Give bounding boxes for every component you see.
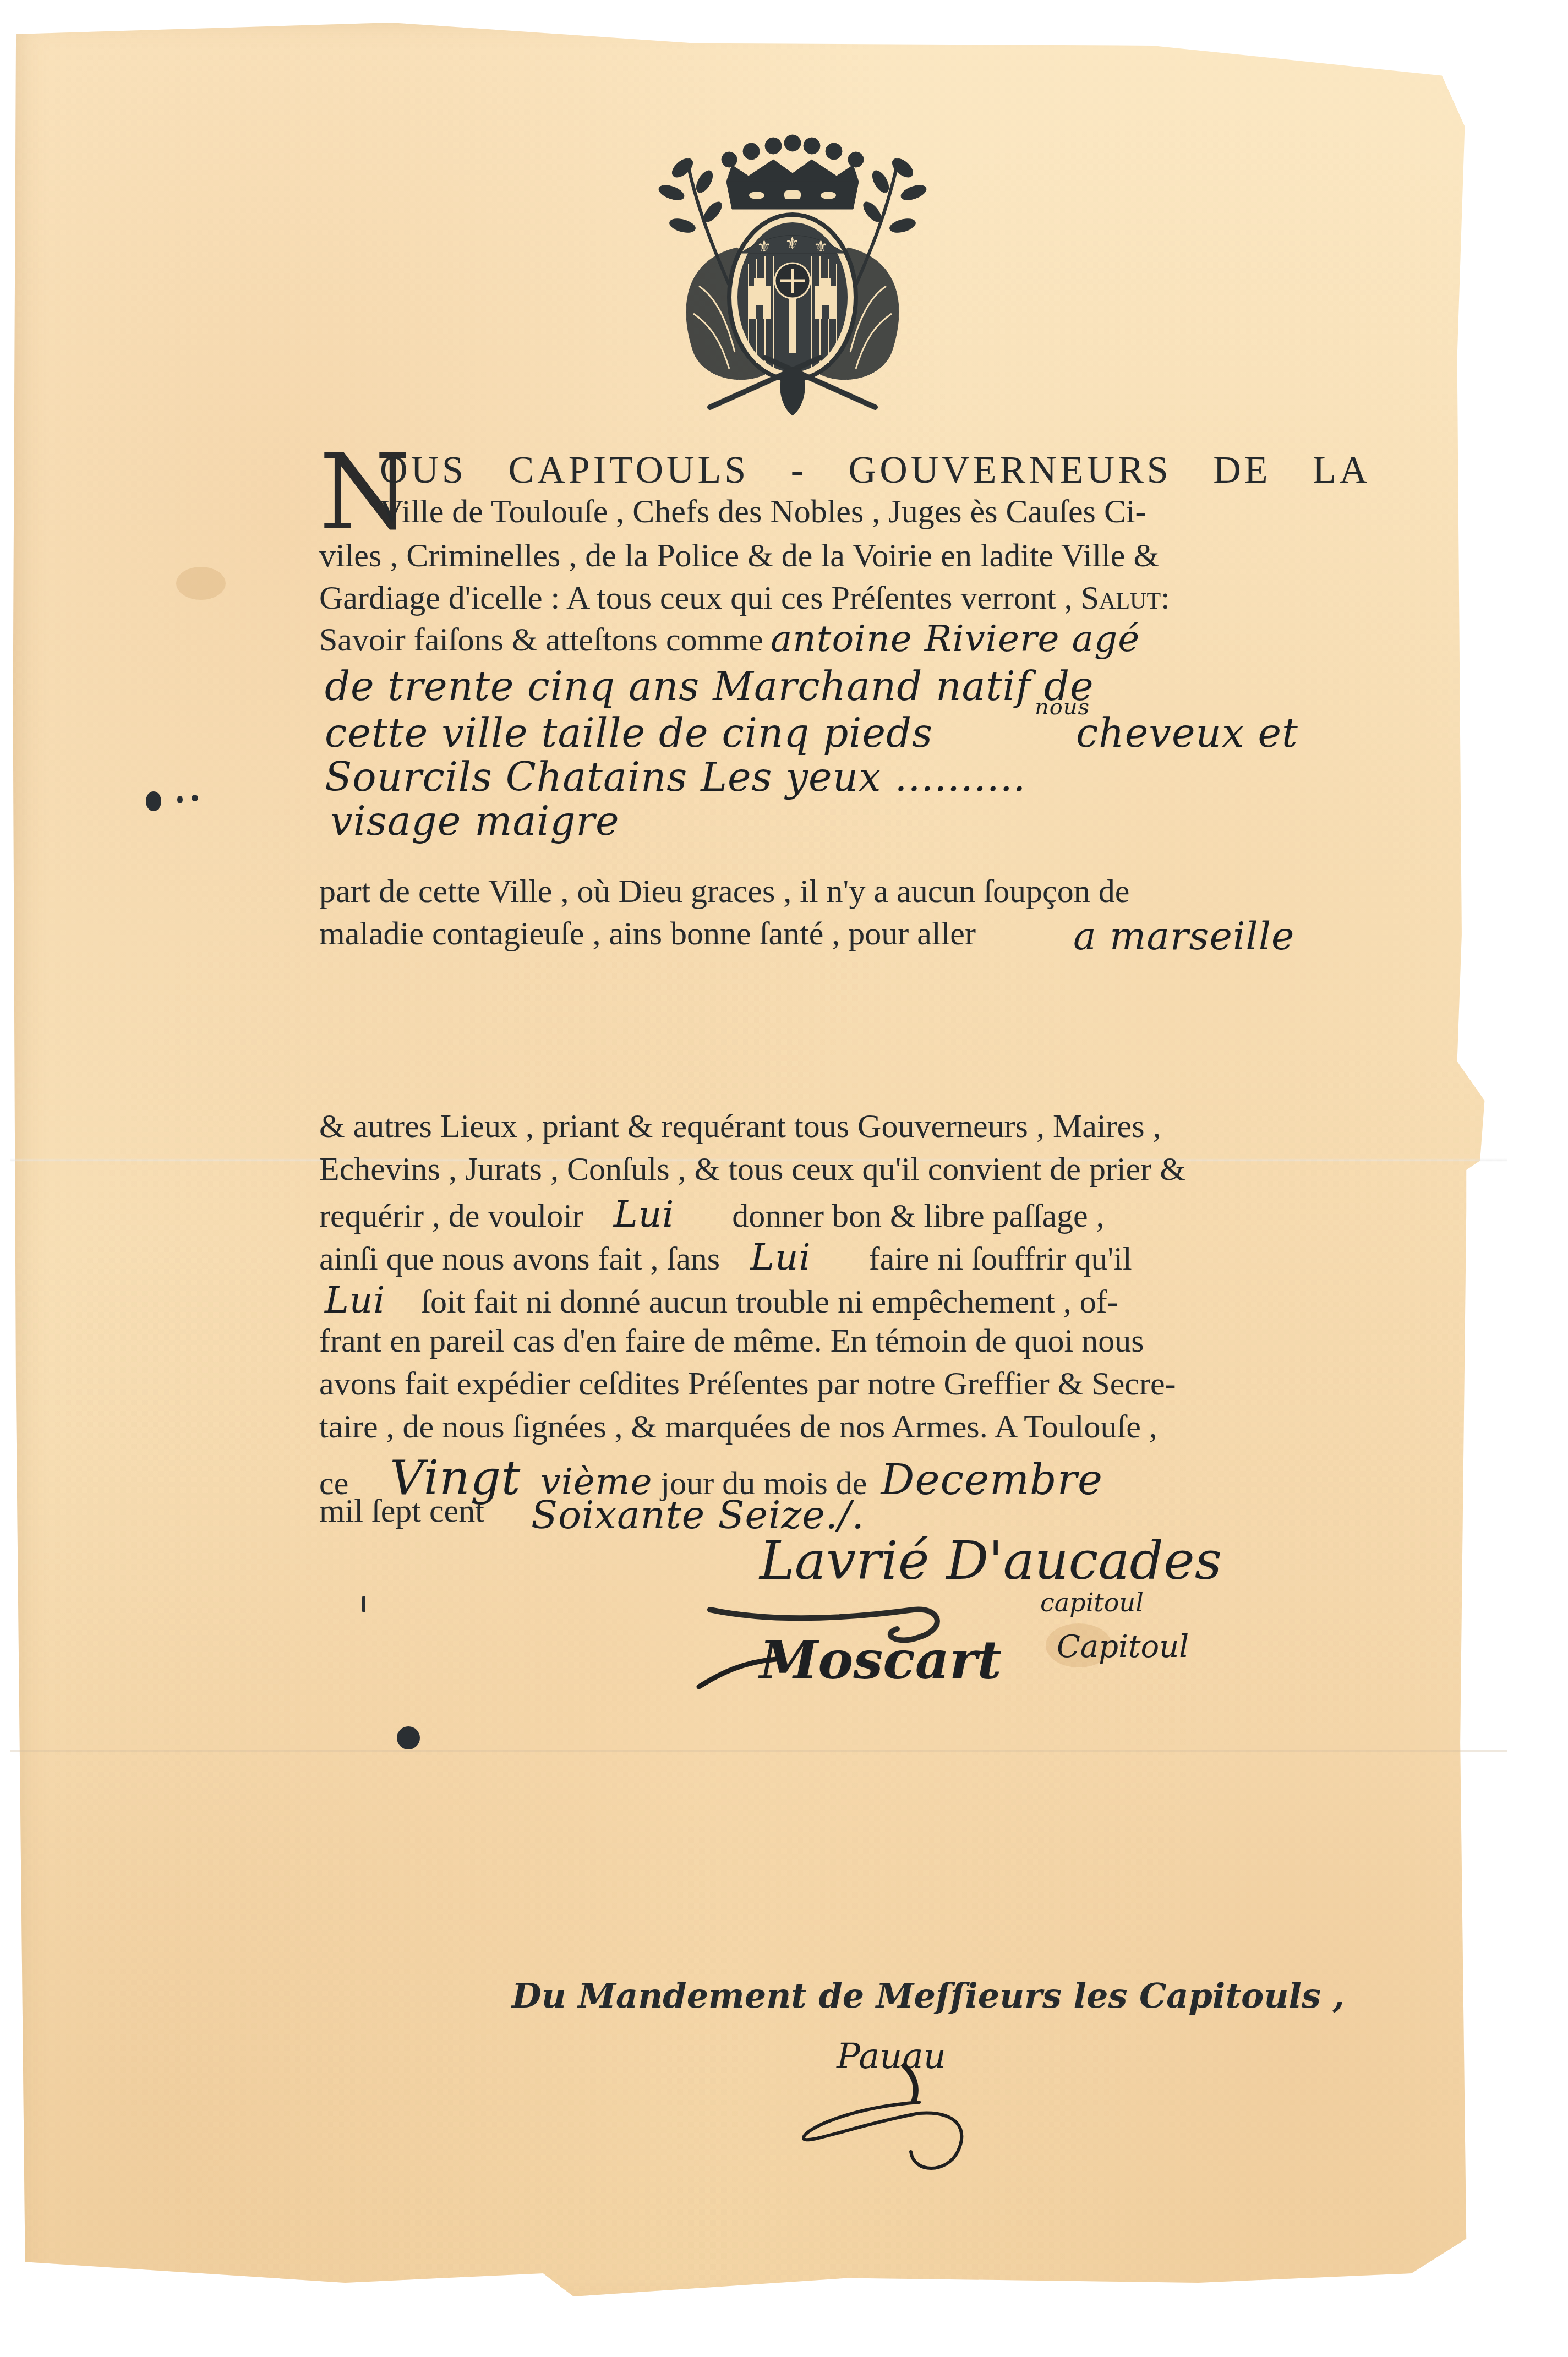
request-line-2: Echevins , Jurats , Conſuls , & tous ceu…: [319, 1150, 1185, 1188]
request-line-3b: donner bon & libre paſſage ,: [732, 1197, 1104, 1234]
bearer-face-handwritten: visage maigre: [330, 798, 620, 844]
year-printed: mil ſept cent: [319, 1492, 484, 1529]
month-handwritten: Decembre: [881, 1455, 1102, 1504]
health-line-1: part de cette Ville , où Dieu graces , i…: [319, 872, 1129, 910]
request-line-6: frant en pareil cas d'en faire de même. …: [319, 1322, 1144, 1360]
bearer-age-occupation-handwritten: de trente cinq ans Marchand natif de: [325, 663, 1094, 709]
signature-capitoul-2: Moscart: [760, 1629, 1002, 1691]
salut-word: Salut:: [1081, 579, 1170, 616]
preamble-line-1: Ville de Toulouſe , Chefs des Nobles , J…: [380, 493, 1146, 531]
svg-text:⚜: ⚜: [757, 237, 772, 256]
preamble-line-4: Savoir faiſons & atteſtons comme: [319, 621, 763, 659]
signature-capitoul-2-title: Capitoul: [1057, 1629, 1189, 1665]
toulouse-coat-of-arms-icon: ⚜⚜⚜: [638, 121, 947, 418]
svg-text:⚜: ⚜: [785, 234, 800, 253]
request-line-5: Lui ſoit fait ni donné aucun trouble ni …: [319, 1279, 1118, 1321]
preamble-line-3: Gardiage d'icelle : A tous ceux qui ces …: [319, 579, 1170, 617]
request-line-4a: ainſi que nous avons fait , ſans: [319, 1240, 720, 1277]
greffier-flourish: [793, 2047, 1002, 2179]
ink-blot: [397, 1726, 420, 1749]
year-line: mil ſept cent Soixante Seize./.: [319, 1486, 865, 1531]
ink-speck: [146, 791, 161, 811]
ink-speck: [192, 795, 198, 801]
ink-speck: [362, 1596, 365, 1612]
signature-capitoul-1-title: capitoul: [1040, 1588, 1144, 1617]
preamble-line-3-text: Gardiage d'icelle : A tous ceux qui ces …: [319, 579, 1073, 616]
pronoun-handwritten: Lui: [750, 1236, 811, 1278]
pronoun-handwritten: Lui: [614, 1193, 674, 1235]
svg-text:⚜: ⚜: [813, 237, 828, 256]
request-line-3: requérir , de vouloir Lui donner bon & l…: [319, 1193, 1105, 1235]
request-line-5b: ſoit fait ni donné aucun trouble ni empê…: [421, 1283, 1118, 1320]
paper-stain: [176, 567, 226, 600]
preamble-line-2: viles , Criminelles , de la Police & de …: [319, 537, 1159, 575]
request-line-1: & autres Lieux , priant & requérant tous…: [319, 1107, 1161, 1145]
request-line-4b: faire ni ſouffrir qu'il: [869, 1240, 1132, 1277]
request-line-3a: requérir , de vouloir: [319, 1197, 583, 1234]
destination-handwritten: a marseille: [1073, 914, 1295, 959]
bearer-hair-handwritten: cheveux et: [1076, 710, 1298, 756]
health-line-2: maladie contagieuſe , ains bonne ſanté ,…: [319, 915, 976, 953]
mandement-line: Du Mandement de Meſſieurs les Capitouls …: [512, 1976, 1345, 2016]
signature-capitoul-1: Lavrié D'aucades: [760, 1530, 1222, 1592]
fold-crease-lower: [10, 1750, 1507, 1752]
request-line-7: avons fait expédier ceſdites Préſentes p…: [319, 1365, 1176, 1403]
pronoun-handwritten: Lui: [325, 1279, 385, 1321]
document-title: OUS CAPITOULS - GOUVERNEURS DE LA: [380, 449, 1370, 493]
signature-stroke: [693, 1656, 782, 1689]
request-line-4: ainſi que nous avons fait , ſans Lui fai…: [319, 1236, 1132, 1278]
bearer-name-handwritten: antoine Riviere agé: [771, 617, 1140, 660]
bearer-eyes-handwritten: Sourcils Chatains Les yeux ..........: [325, 754, 1026, 800]
bearer-height-handwritten: cette ville taille de cinq pieds: [325, 710, 933, 756]
ink-speck: [177, 796, 183, 803]
request-line-8: taire , de nous ſignées , & marquées de …: [319, 1408, 1157, 1446]
